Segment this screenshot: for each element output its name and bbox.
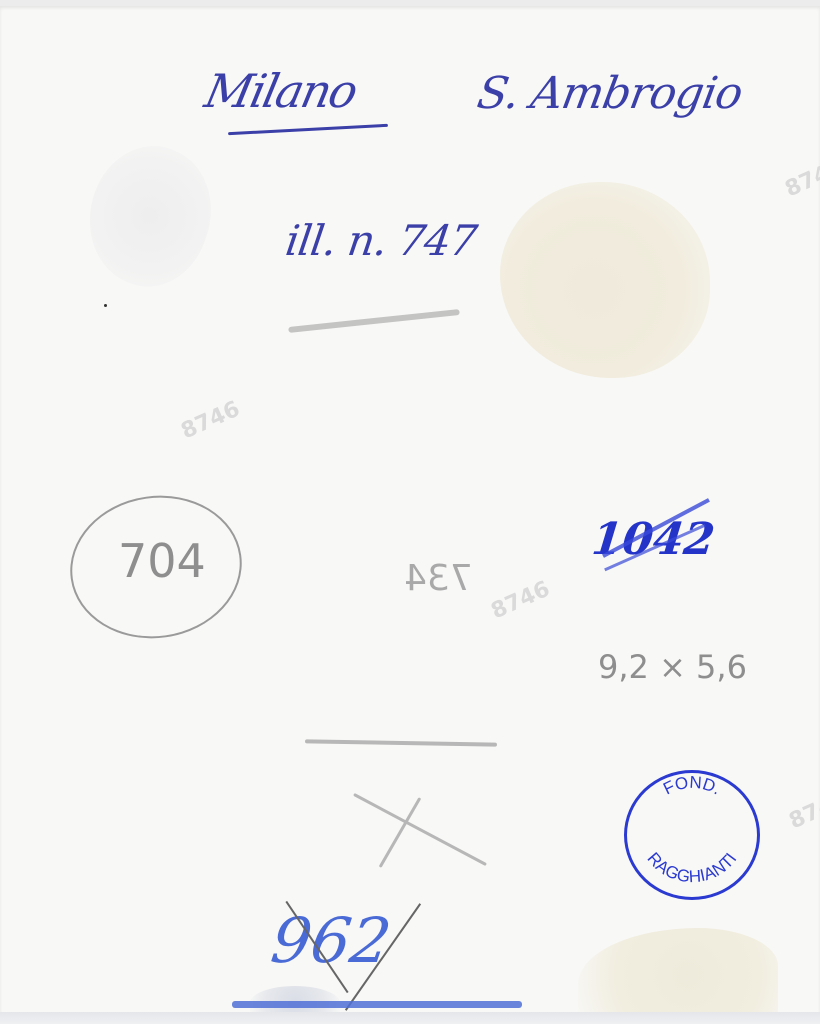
illustration-reference: ill. n. 747 (283, 216, 480, 265)
paper-tear-residue (70, 130, 231, 303)
city-underline (228, 124, 388, 135)
stamp-text-ring: FOND. RAGGHIANTI (624, 770, 760, 900)
pencil-cross-mark (379, 797, 422, 868)
faint-offset-stamp: 8746 (782, 155, 820, 203)
faint-offset-stamp: 8746 (488, 577, 554, 625)
blue-crayon-underline (232, 1001, 522, 1008)
svg-text:RAGGHIANTI: RAGGHIANTI (643, 849, 740, 886)
ink-dot (104, 304, 107, 307)
fondazione-ragghianti-stamp: FOND. RAGGHIANTI (624, 770, 760, 900)
church-annotation: S. Ambrogio (474, 68, 746, 119)
stamp-bottom-text: RAGGHIANTI (643, 849, 740, 886)
crossed-out-number: 1042 (589, 514, 717, 565)
faint-offset-stamp: 8746 (178, 397, 244, 445)
glue-residue-stain (500, 182, 710, 378)
city-annotation: Milano (200, 64, 361, 118)
pencil-dash (305, 739, 497, 746)
photo-verso-sheet: 8746 8746 8746 8746 Milano S. Ambrogio i… (0, 6, 820, 1016)
svg-text:FOND.: FOND. (660, 773, 724, 799)
scan-edge (0, 1012, 820, 1024)
circled-number: 704 (118, 534, 206, 588)
mirrored-pencil-number: 734 (404, 558, 473, 599)
pencil-cross-mark (353, 793, 487, 866)
pencil-dash (288, 309, 460, 333)
stamp-top-text: FOND. (660, 773, 724, 799)
dimensions-annotation: 9,2 × 5,6 (598, 648, 747, 686)
faint-offset-stamp: 8746 (786, 787, 820, 835)
glue-residue-stain-bottom (578, 928, 778, 1022)
